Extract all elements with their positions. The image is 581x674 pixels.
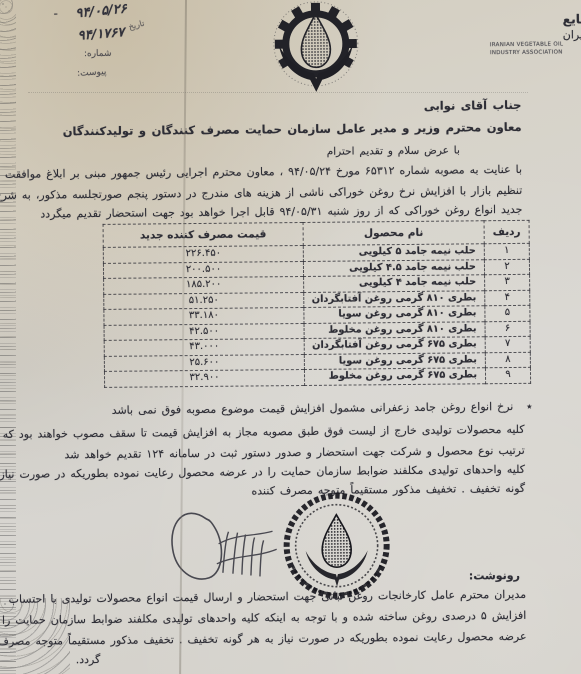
date-label: تاریخ — [128, 19, 146, 33]
price-table: ردیف نام محصول قیمت مصرف کننده جدید ۱حلب… — [103, 220, 532, 388]
product-name: بطری ۸۱۰ گرمی روغن آفتابگردان — [304, 290, 485, 307]
org-name-block: انجمن صنایع روغن نباتی ایران IRANIAN VEG… — [490, 11, 581, 58]
product-name: حلب نیمه جامد ۴ کیلویی — [304, 275, 485, 292]
salutation: با عرض سلام و تقدیم احترام — [327, 144, 460, 158]
body-line-1: با عنایت به مصوبه شماره ۶۵۳۱۲ مورخ ۹۴/۰۵… — [0, 163, 522, 182]
row-number: ۱ — [484, 243, 529, 259]
row-number: ۸ — [485, 352, 530, 368]
cc-label: رونوشت: — [469, 569, 520, 583]
cc-line-3: عرضه محصول رعایت نموده بطوریکه در صورت ن… — [0, 630, 527, 649]
product-name: بطری ۸۱۰ گرمی روغن مخلوط — [304, 321, 485, 338]
addressee-title: معاون محترم وزیر و مدیر عامل سازمان حمای… — [63, 120, 522, 139]
handwritten-number: ۹۴/۱۷۶۷ — [77, 25, 125, 45]
note-2-line-1: کلیه محصولات تولیدی خارج از لیست فوق طبق… — [0, 423, 525, 442]
scanned-letter-photo: - ۹۴/۰۵/۲۶ ۹۴/۱۷۶۷ تاریخ شماره: پیوست: — [0, 0, 581, 674]
cc-line-4: گردد. — [76, 653, 101, 667]
org-name-fa-1: انجمن صنایع — [490, 11, 581, 27]
product-name: بطری ۶۷۵ گرمی روغن مخلوط — [304, 368, 485, 385]
note-2-line-2: ترتیب نوع محصول و شرکت جهت استحضار و صدو… — [64, 444, 524, 462]
cc-line-2: افزایش ۵ درصدی روغن ساخته شده و با توجه … — [0, 609, 526, 628]
product-name: بطری ۸۱۰ گرمی روغن سویا — [304, 306, 485, 323]
row-number: ۲ — [484, 259, 529, 275]
col-header-price: قیمت مصرف کننده جدید — [103, 222, 303, 247]
association-logo — [259, 0, 372, 94]
addressee: جناب آقای نوابی — [424, 98, 522, 113]
oil-drop-icon — [301, 14, 331, 68]
row-number: ۵ — [485, 305, 530, 321]
signature — [172, 513, 277, 580]
product-name: حلب نیمه جامد ۵ کیلویی — [303, 244, 484, 261]
scan-ghost-line — [28, 92, 528, 93]
product-price: ۳۲.۹۰۰ — [104, 369, 304, 386]
row-number: ۷ — [485, 336, 530, 352]
org-name-fa-2: روغن نباتی ایران — [490, 28, 581, 42]
body-line-2: تنظیم بازار با افزایش نرخ روغن خوراکی نا… — [0, 184, 522, 203]
header-dash: - — [53, 6, 57, 21]
col-header-row-number: ردیف — [484, 220, 529, 243]
row-number: ۳ — [485, 274, 530, 290]
row-number: ۹ — [485, 367, 530, 383]
seal-icon — [286, 495, 387, 596]
number-label: شماره: — [84, 49, 112, 61]
col-header-product: نام محصول — [303, 221, 484, 246]
table-row: ۹بطری ۶۷۵ گرمی روغن مخلوط۳۲.۹۰۰ — [104, 367, 530, 387]
row-number: ۴ — [485, 290, 530, 306]
seal-oil-drop-icon — [322, 515, 352, 568]
handwritten-date: ۹۴/۰۵/۲۶ — [75, 1, 128, 22]
letter-sheet: - ۹۴/۰۵/۲۶ ۹۴/۱۷۶۷ تاریخ شماره: پیوست: — [0, 0, 581, 674]
note-star-line: ٭ نرخ انواع روغن جامد زعفرانی مشمول افزا… — [112, 400, 533, 418]
product-name: حلب نیمه جامد ۴.۵ کیلویی — [303, 259, 484, 276]
body-line-3: جدید انواع روغن خوراکی که از روز شنبه ۹۴… — [40, 203, 522, 221]
product-name: بطری ۶۷۵ گرمی روغن سویا — [304, 352, 485, 369]
note-1: نرخ انواع روغن جامد زعفرانی مشمول افزایش… — [112, 400, 514, 417]
note-3-line-1: کلیه واحدهای تولیدی مکلفند ضوابط سازمان … — [0, 463, 525, 482]
attachment-label: پیوست: — [77, 67, 107, 80]
row-number: ۶ — [485, 321, 530, 337]
org-name-en-2: INDUSTRY ASSOCIATION — [490, 48, 581, 57]
product-name: بطری ۶۷۵ گرمی روغن آفتابگردان — [304, 337, 485, 354]
star-marker-icon: ٭ — [526, 400, 532, 413]
